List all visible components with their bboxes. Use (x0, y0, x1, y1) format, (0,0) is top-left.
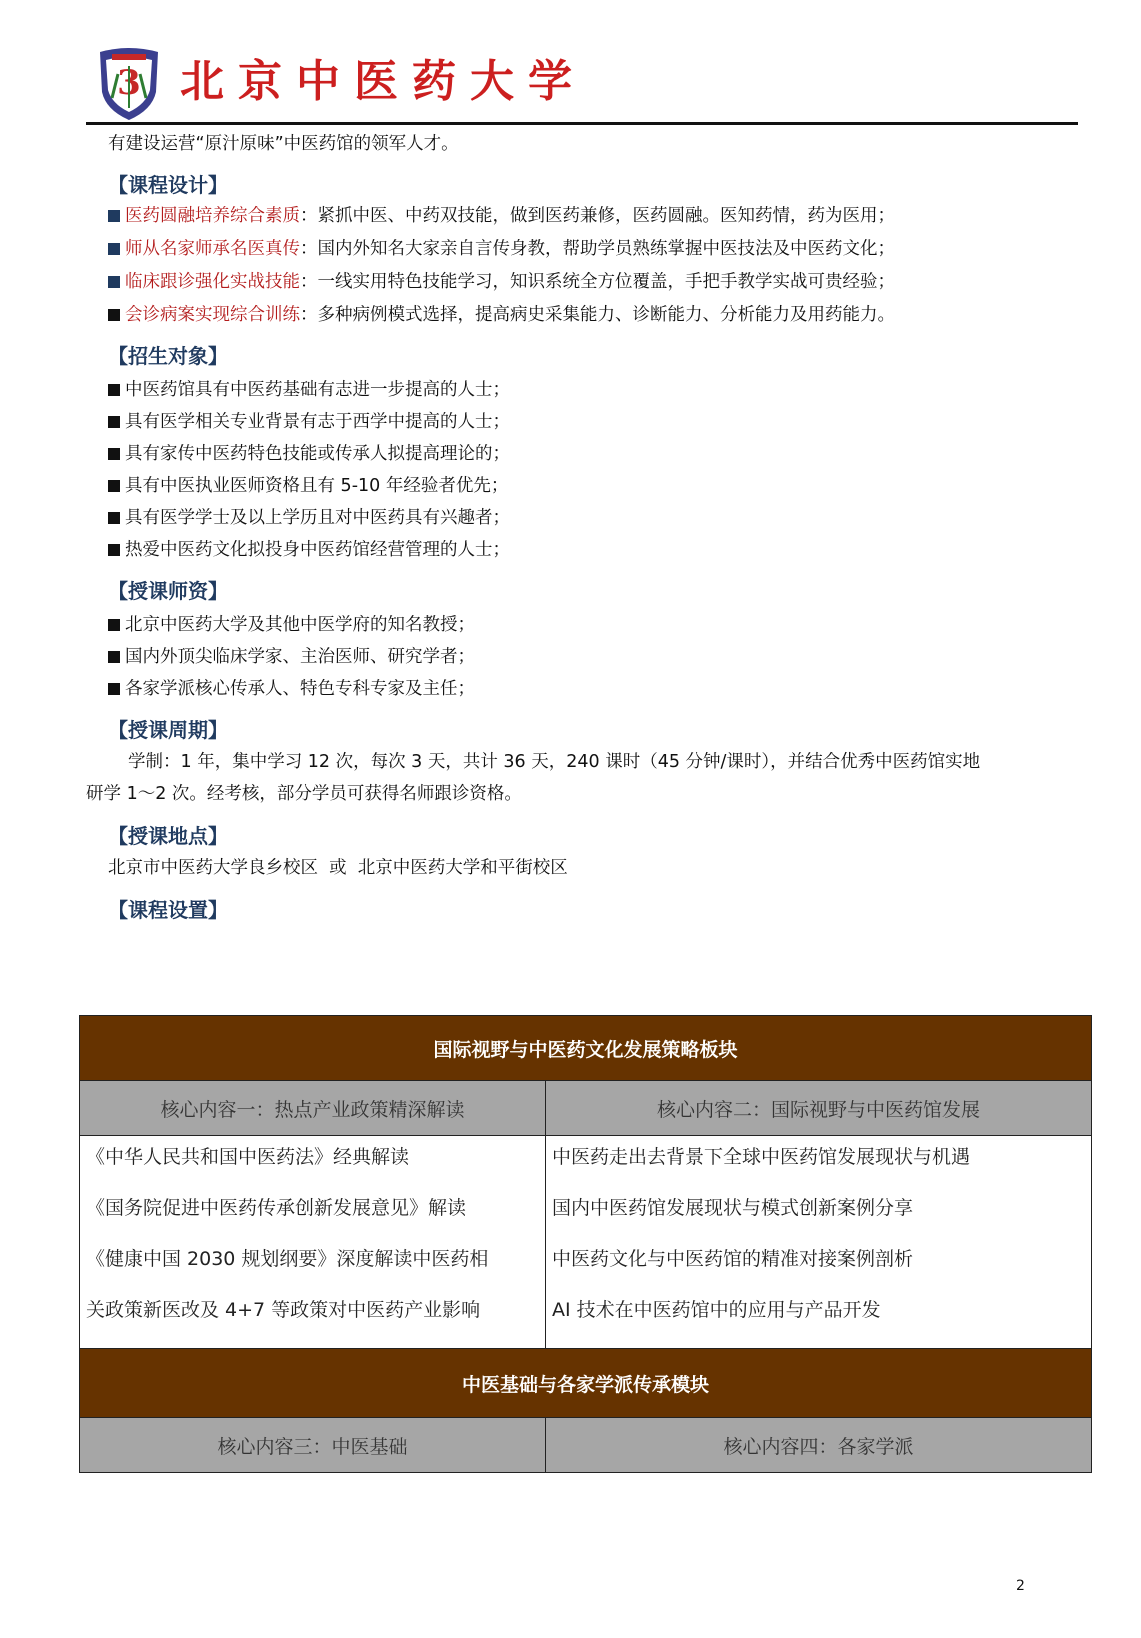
list-item: 具有家传中医药特色技能或传承人拟提高理论的； (108, 442, 510, 466)
square-bullet-icon (108, 276, 120, 288)
list-item: 具有中医执业医师资格且有 5-10 年经验者优先； (108, 474, 508, 498)
column-header: 核心内容三：中医基础 (80, 1418, 546, 1473)
list-item: 临床跟诊强化实战技能：一线实用特色技能学习，知识系统全方位覆盖，手把手教学实战可… (108, 270, 895, 294)
university-name: 北京中医药大学 (180, 52, 586, 112)
square-bullet-icon (108, 512, 120, 524)
module-header: 国际视野与中医药文化发展策略板块 (80, 1016, 1092, 1081)
section-title-enrollment: 【招生对象】 (108, 343, 228, 369)
table-cell: 中医药走出去背景下全球中医药馆发展现状与机遇 国内中医药馆发展现状与模式创新案例… (546, 1136, 1092, 1349)
location-text: 北京市中医药大学良乡校区 或 北京中医药大学和平街校区 (108, 856, 568, 880)
square-bullet-icon (108, 651, 120, 663)
curriculum-topic: 关政策新医改及 4+7 等政策对中医药产业影响 (86, 1295, 537, 1346)
curriculum-topic: 中医药文化与中医药馆的精准对接案例剖析 (552, 1244, 1083, 1295)
square-bullet-icon (108, 210, 120, 222)
university-crest-icon: 3 (96, 46, 162, 122)
section-title-faculty: 【授课师资】 (108, 578, 228, 604)
list-item: 中医药馆具有中医药基础有志进一步提高的人士； (108, 378, 510, 402)
intro-text: 有建设运营“原汁原味”中医药馆的领军人才。 (108, 132, 459, 156)
list-item: 具有医学相关专业背景有志于西学中提高的人士； (108, 410, 510, 434)
page-header: 3 北京中医药大学 (88, 40, 1078, 126)
curriculum-topic: 中医药走出去背景下全球中医药馆发展现状与机遇 (552, 1142, 1083, 1193)
column-header: 核心内容二：国际视野与中医药馆发展 (546, 1081, 1092, 1136)
square-bullet-icon (108, 448, 120, 460)
square-bullet-icon (108, 544, 120, 556)
list-item: 国内外顶尖临床学家、主治医师、研究学者； (108, 645, 475, 669)
list-item: 会诊病案实现综合训练：多种病例模式选择，提高病史采集能力、诊断能力、分析能力及用… (108, 303, 895, 327)
list-item: 医药圆融培养综合素质：紧抓中医、中药双技能，做到医药兼修，医药圆融。医知药情，药… (108, 204, 895, 228)
curriculum-topic: 《国务院促进中医药传承创新发展意见》解读 (86, 1193, 537, 1244)
schedule-text-line2: 研学 1～2 次。经考核，部分学员可获得名师跟诊资格。 (86, 782, 522, 806)
square-bullet-icon (108, 309, 120, 321)
square-bullet-icon (108, 683, 120, 695)
list-item: 热爱中医药文化拟投身中医药馆经营管理的人士； (108, 538, 510, 562)
square-bullet-icon (108, 384, 120, 396)
column-header: 核心内容一：热点产业政策精深解读 (80, 1081, 546, 1136)
page-number: 2 (1016, 1578, 1025, 1594)
square-bullet-icon (108, 619, 120, 631)
section-title-schedule: 【授课周期】 (108, 717, 228, 743)
list-item: 师从名家师承名医真传：国内外知名大家亲自言传身教，帮助学员熟练掌握中医技法及中医… (108, 237, 895, 261)
module-header: 中医基础与各家学派传承模块 (80, 1349, 1092, 1418)
curriculum-topic: 《中华人民共和国中医药法》经典解读 (86, 1142, 537, 1193)
square-bullet-icon (108, 480, 120, 492)
list-item: 北京中医药大学及其他中医学府的知名教授； (108, 613, 475, 637)
schedule-text-line1: 学制：1 年，集中学习 12 次，每次 3 天，共计 36 天，240 课时（4… (128, 750, 980, 774)
square-bullet-icon (108, 416, 120, 428)
table-cell: 《中华人民共和国中医药法》经典解读 《国务院促进中医药传承创新发展意见》解读 《… (80, 1136, 546, 1349)
header-divider (86, 122, 1078, 125)
column-header: 核心内容四：各家学派 (546, 1418, 1092, 1473)
curriculum-table: 国际视野与中医药文化发展策略板块 核心内容一：热点产业政策精深解读 核心内容二：… (79, 1015, 1092, 1473)
curriculum-topic: 《健康中国 2030 规划纲要》深度解读中医药相 (86, 1244, 537, 1295)
curriculum-topic: AI 技术在中医药馆中的应用与产品开发 (552, 1295, 1083, 1346)
section-title-course-design: 【课程设计】 (108, 172, 228, 198)
section-title-location: 【授课地点】 (108, 823, 228, 849)
section-title-curriculum: 【课程设置】 (108, 897, 228, 923)
list-item: 具有医学学士及以上学历且对中医药具有兴趣者； (108, 506, 510, 530)
curriculum-topic: 国内中医药馆发展现状与模式创新案例分享 (552, 1193, 1083, 1244)
square-bullet-icon (108, 243, 120, 255)
list-item: 各家学派核心传承人、特色专科专家及主任； (108, 677, 475, 701)
